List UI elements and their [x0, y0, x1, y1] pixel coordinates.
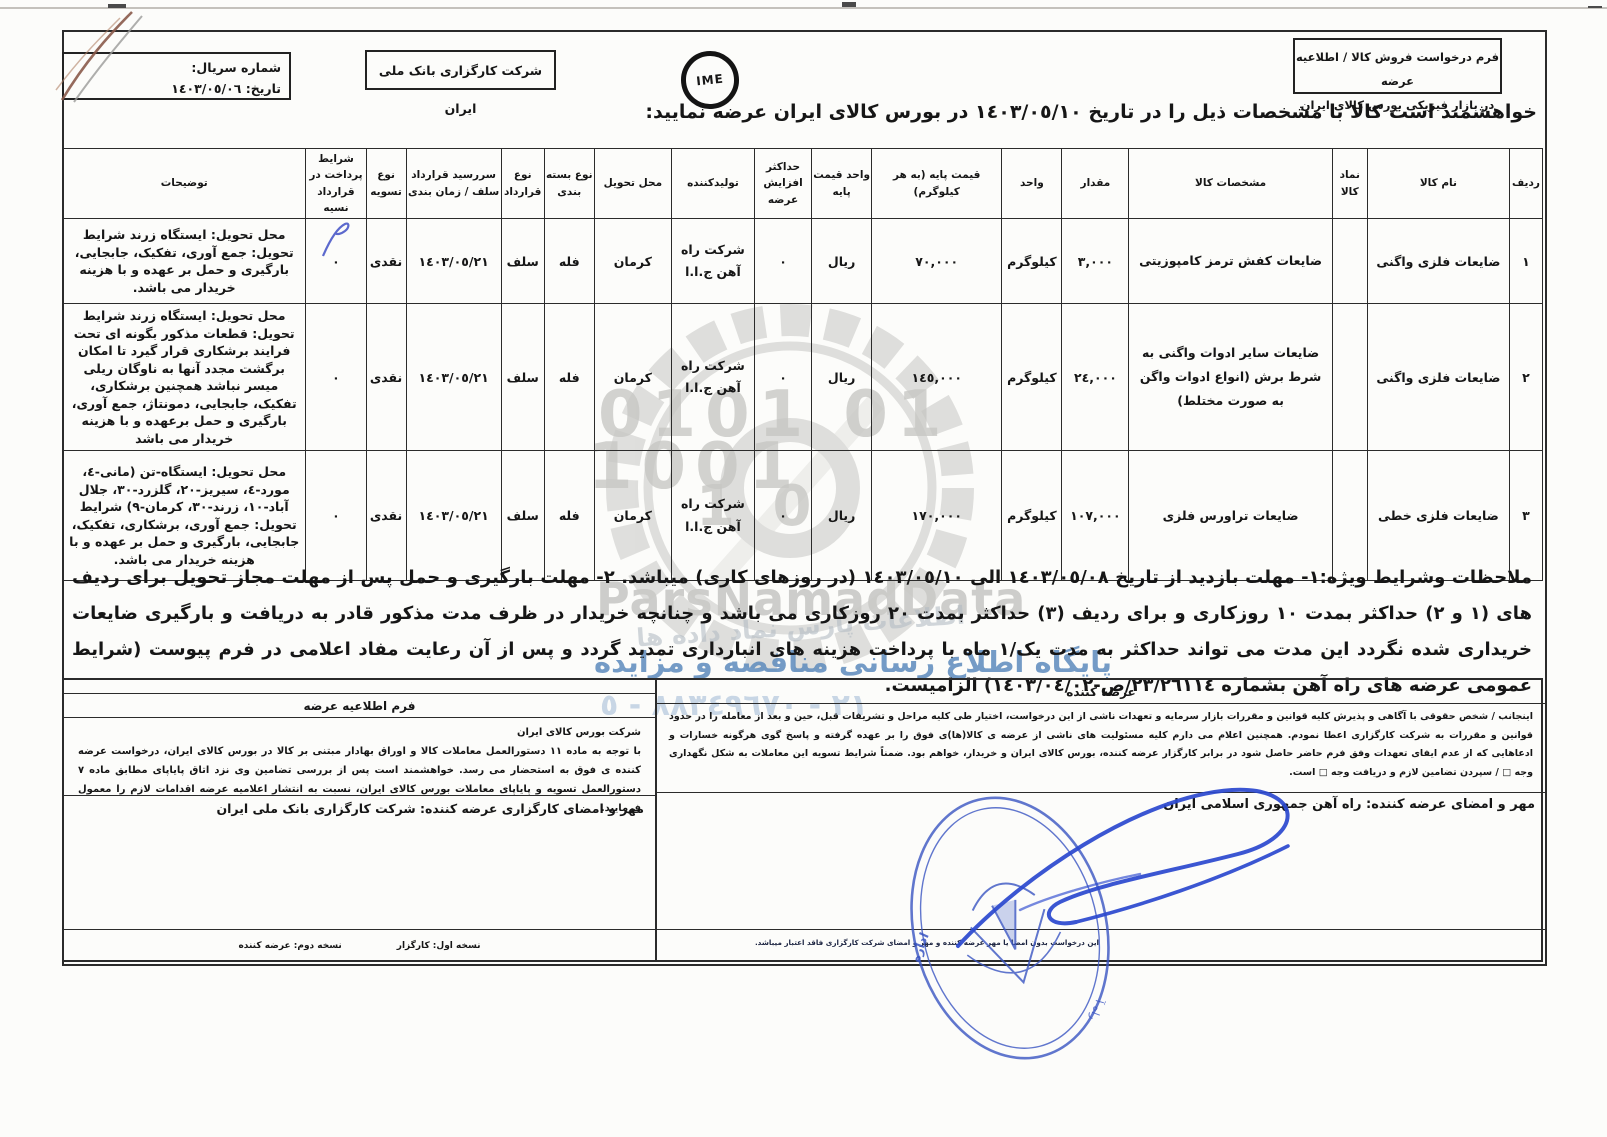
request-title: خواهشمند است کالا با مشخصات ذیل را در تا…: [637, 101, 1537, 123]
table-cell: ٣,٠٠٠: [1062, 219, 1129, 304]
table-header-row: ردیف نام کالا نماد کالا مشخصات کالا مقدا…: [63, 149, 1543, 219]
supplier-section-header: عرضه کننده: [657, 680, 1545, 704]
column-header: مشخصات کالا: [1129, 149, 1332, 219]
scan-edge-line: [0, 7, 1607, 9]
serial-date-box: شماره سریال: تاریخ: ١٤٠٣/٠٥/٠٦: [62, 52, 291, 100]
table-cell: ٠: [306, 219, 366, 304]
table-cell: کرمان: [594, 219, 671, 304]
table-cell: ١٤٥,٠٠٠: [872, 304, 1002, 451]
bottom-form: عرضه کننده اینجانب / شخص حقوقی با آگاهی …: [62, 678, 1543, 962]
table-cell: شرکت راه آهن ج.ا.ا: [671, 304, 754, 451]
date-value: تاریخ: ١٤٠٣/٠٥/٠٦: [64, 78, 281, 99]
column-header: ردیف: [1509, 149, 1542, 219]
table-cell: ضایعات سایر ادوات واگنی به شرط برش (انوا…: [1129, 304, 1332, 451]
table-cell: نقدی: [366, 219, 406, 304]
scanned-offer-form-page: 0101 01 1001 1 0 ParsNamadData اطلاعات پ…: [0, 0, 1607, 1137]
table-cell: ٢٤,٠٠٠: [1062, 304, 1129, 451]
table-cell: ٠: [755, 304, 812, 451]
table-cell: ریال: [812, 304, 872, 451]
table-cell: ضایعات فلزی واگنی: [1367, 219, 1509, 304]
copies-strip: نسخه اول: کارگزار نسخه دوم: عرضه کننده: [64, 929, 655, 962]
table-cell: ٠: [306, 304, 366, 451]
column-header: واحد قیمت پایه: [812, 149, 872, 219]
scan-mark: [108, 4, 126, 8]
column-header: قیمت پایه (به هر کیلوگرم): [872, 149, 1002, 219]
broker-name-box: شرکت کارگزاری بانک ملی ایران: [365, 50, 556, 90]
table-cell: [1332, 304, 1367, 451]
form-type-box: فرم درخواست فروش کالا / اطلاعیه عرضه در …: [1293, 38, 1502, 94]
column-header: حداکثر افزایش عرضه: [755, 149, 812, 219]
table-cell: ٠: [755, 219, 812, 304]
column-header: توضیحات: [63, 149, 306, 219]
table-row: ١ ضایعات فلزی واگنی ضایعات کفش ترمز کامپ…: [63, 219, 1543, 304]
divider-line: [657, 792, 1545, 793]
table-row: ٢ ضایعات فلزی واگنی ضایعات سایر ادوات وا…: [63, 304, 1543, 451]
table-cell: فله: [544, 304, 594, 451]
column-header: نوع تسویه: [366, 149, 406, 219]
divider-line: [64, 795, 655, 796]
scan-mark: [842, 2, 856, 7]
column-header: واحد: [1002, 149, 1062, 219]
column-header: نوع بسته بندی: [544, 149, 594, 219]
notice-top-strip: [64, 680, 655, 694]
table-cell: ضایعات کفش ترمز کامپوزیتی: [1129, 219, 1332, 304]
table-cell: ١٤٠٣/٠٥/٢١: [406, 304, 501, 451]
table-cell: ٧٠,٠٠٠: [872, 219, 1002, 304]
table-cell: ضایعات فلزی واگنی: [1367, 304, 1509, 451]
copy-one-label: نسخه اول: کارگزار: [397, 941, 481, 951]
table-cell: کیلوگرم: [1002, 219, 1062, 304]
column-header: نماد کالا: [1332, 149, 1367, 219]
table-cell: محل تحویل: ایستگاه زرند شرایط تحویل: جمع…: [63, 219, 306, 304]
offer-table: ردیف نام کالا نماد کالا مشخصات کالا مقدا…: [62, 148, 1543, 581]
broker-signature-label: مهر و امضای کارگزاری عرضه کننده: شرکت کا…: [74, 801, 644, 816]
table-cell: ریال: [812, 219, 872, 304]
table-cell: سلف: [501, 219, 544, 304]
notice-section-header: فرم اطلاعیه عرضه: [64, 694, 655, 718]
supplier-signature-label: مهر و امضای عرضه کننده: راه آهن جمهوری ا…: [665, 797, 1535, 812]
table-cell: نقدی: [366, 304, 406, 451]
notice-addressee: شرکت بورس کالای ایران: [78, 723, 641, 742]
column-header: مقدار: [1062, 149, 1129, 219]
table-cell: کیلوگرم: [1002, 304, 1062, 451]
table-cell: ١: [1509, 219, 1542, 304]
table-cell: محل تحویل: ایستگاه زرند شرایط تحویل: قطع…: [63, 304, 306, 451]
table-cell: [1332, 219, 1367, 304]
serial-label: شماره سریال:: [64, 57, 281, 78]
form-type-line1: فرم درخواست فروش کالا / اطلاعیه عرضه: [1295, 45, 1500, 93]
table-cell: ١٤٠٣/٠٥/٢١: [406, 219, 501, 304]
column-header: سررسید قرارداد سلف / زمان بندی: [406, 149, 501, 219]
validity-note: این درخواست بدون امضا یا مهر عرضه کننده …: [829, 938, 1099, 947]
scan-mark: [1588, 6, 1602, 8]
column-header: نوع قرارداد: [501, 149, 544, 219]
copy-two-label: نسخه دوم: عرضه کننده: [238, 941, 341, 951]
column-header: تولیدکننده: [671, 149, 754, 219]
column-header: محل تحویل: [594, 149, 671, 219]
table-cell: کرمان: [594, 304, 671, 451]
table-cell: سلف: [501, 304, 544, 451]
column-header: نام کالا: [1367, 149, 1509, 219]
table-cell: فله: [544, 219, 594, 304]
table-cell: ٢: [1509, 304, 1542, 451]
table-cell: شرکت راه آهن ج.ا.ا: [671, 219, 754, 304]
column-header: شرایط پرداخت در قرارداد نسیه: [306, 149, 366, 219]
supplier-declaration-text: اینجانب / شخص حقوقی با آگاهی و پذیرش کلی…: [657, 706, 1545, 784]
